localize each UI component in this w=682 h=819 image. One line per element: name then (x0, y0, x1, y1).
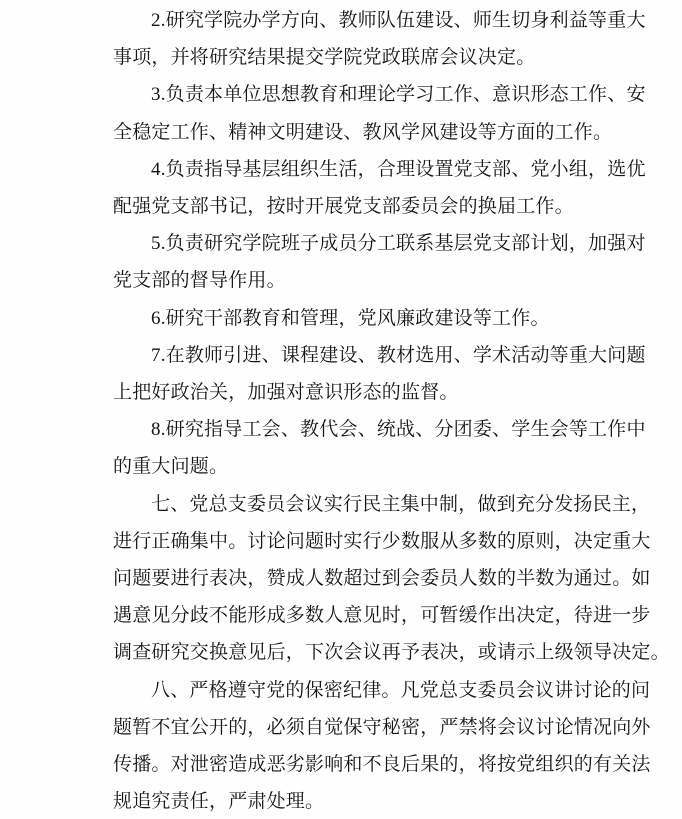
text-line: 进行正确集中。讨论问题时实行少数服从多数的原则，决定重大 (113, 523, 664, 560)
text-line: 遇意见分歧不能形成多数人意见时，可暂缓作出决定，待进一步 (113, 597, 664, 634)
text-line: 上把好政治关，加强对意识形态的监督。 (113, 374, 664, 411)
text-line: 3.负责本单位思想教育和理论学习工作、意识形态工作、安 (113, 76, 664, 113)
text-line: 问题要进行表决，赞成人数超过到会委员人数的半数为通过。如 (113, 560, 664, 597)
text-line: 4.负责指导基层组织生活，合理设置党支部、党小组，选优 (113, 151, 664, 188)
paragraph: 8.研究指导工会、教代会、统战、分团委、学生会等工作中的重大问题。 (113, 411, 664, 485)
text-line: 题暂不宜公开的，必须自觉保守秘密，严禁将会议讨论情况向外 (113, 709, 664, 746)
text-line: 的重大问题。 (113, 448, 664, 485)
paragraph: 4.负责指导基层组织生活，合理设置党支部、党小组，选优配强党支部书记，按时开展党… (113, 151, 664, 225)
document-page: 2.研究学院办学方向、教师队伍建设、师生切身利益等重大事项，并将研究结果提交学院… (0, 0, 682, 819)
paragraph: 3.负责本单位思想教育和理论学习工作、意识形态工作、安全稳定工作、精神文明建设、… (113, 76, 664, 150)
text-line: 6.研究干部教育和管理，党风廉政建设等工作。 (113, 300, 664, 337)
paragraph: 八、严格遵守党的保密纪律。凡党总支委员会议讲讨论的问题暂不宜公开的，必须自觉保守… (113, 672, 664, 819)
paragraph: 6.研究干部教育和管理，党风廉政建设等工作。 (113, 300, 664, 337)
text-line: 5.负责研究学院班子成员分工联系基层党支部计划，加强对 (113, 225, 664, 262)
text-line: 2.研究学院办学方向、教师队伍建设、师生切身利益等重大 (113, 2, 664, 39)
paragraph: 七、党总支委员会议实行民主集中制，做到充分发扬民主，进行正确集中。讨论问题时实行… (113, 486, 664, 672)
text-line: 配强党支部书记，按时开展党支部委员会的换届工作。 (113, 188, 664, 225)
text-line: 调查研究交换意见后，下次会议再予表决，或请示上级领导决定。 (113, 634, 664, 671)
text-line: 七、党总支委员会议实行民主集中制，做到充分发扬民主， (113, 486, 664, 523)
text-line: 事项，并将研究结果提交学院党政联席会议决定。 (113, 39, 664, 76)
text-line: 规追究责任，严肃处理。 (113, 783, 664, 819)
text-line: 全稳定工作、精神文明建设、教风学风建设等方面的工作。 (113, 114, 664, 151)
text-line: 党支部的督导作用。 (113, 262, 664, 299)
paragraph: 2.研究学院办学方向、教师队伍建设、师生切身利益等重大事项，并将研究结果提交学院… (113, 2, 664, 76)
text-line: 8.研究指导工会、教代会、统战、分团委、学生会等工作中 (113, 411, 664, 448)
text-line: 传播。对泄密造成恶劣影响和不良后果的，将按党组织的有关法 (113, 746, 664, 783)
paragraph: 5.负责研究学院班子成员分工联系基层党支部计划，加强对党支部的督导作用。 (113, 225, 664, 299)
paragraph: 7.在教师引进、课程建设、教材选用、学术活动等重大问题上把好政治关，加强对意识形… (113, 337, 664, 411)
text-line: 八、严格遵守党的保密纪律。凡党总支委员会议讲讨论的问 (113, 672, 664, 709)
text-line: 7.在教师引进、课程建设、教材选用、学术活动等重大问题 (113, 337, 664, 374)
